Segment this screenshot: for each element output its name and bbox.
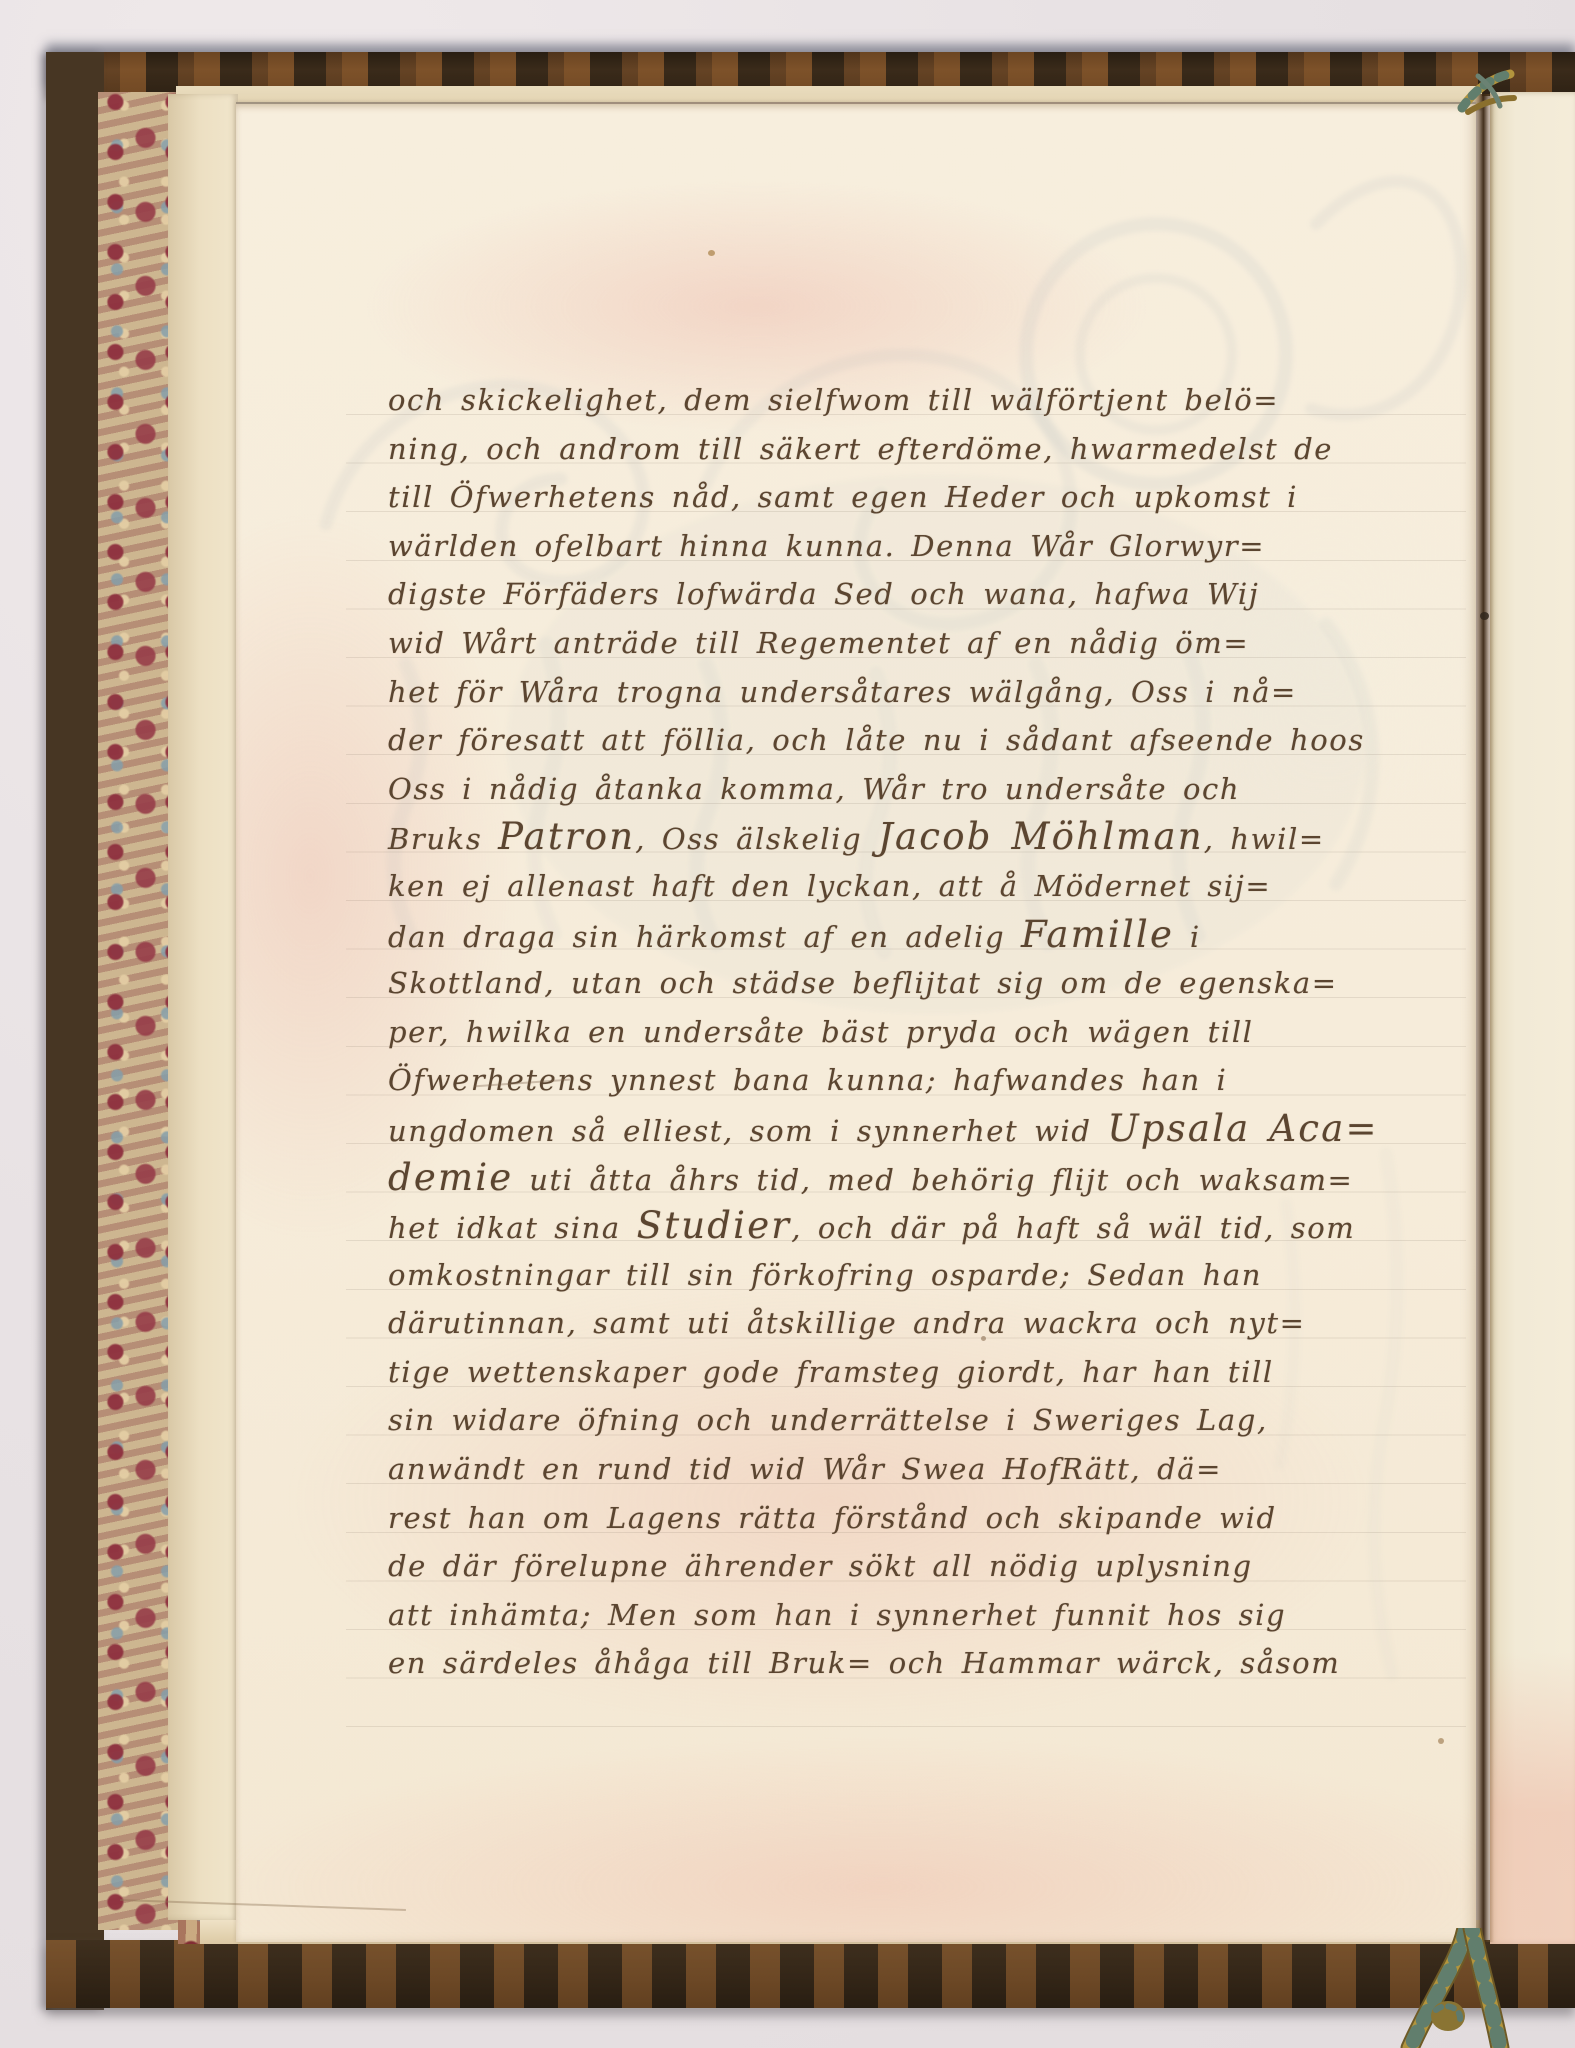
manuscript-line: het för Wåra trogna undersåtares wälgång…: [388, 668, 1378, 717]
manuscript-text-segment: till Öfwerhetens nåd, samt egen Heder oc…: [388, 480, 1298, 514]
manuscript-line: till Öfwerhetens nåd, samt egen Heder oc…: [388, 473, 1378, 522]
manuscript-text-segment: , hwil=: [1204, 822, 1325, 856]
manuscript-text-segment: tige wettenskaper gode framsteg giordt, …: [388, 1355, 1274, 1389]
foxing-spot: [708, 250, 715, 256]
manuscript-line: därutinnan, samt uti åtskillige andra wa…: [388, 1299, 1378, 1348]
manuscript-line: der föresatt att föllia, och låte nu i s…: [388, 716, 1378, 765]
manuscript-text-segment: het för Wåra trogna undersåtares wälgång…: [388, 675, 1297, 709]
manuscript-line: ken ej allenast haft den lyckan, att å M…: [388, 862, 1378, 911]
manuscript-text-segment: och skickelighet, dem sielfwom till wälf…: [388, 383, 1279, 417]
manuscript-text-segment: , och där på haft så wäl tid, som: [791, 1211, 1355, 1245]
manuscript-line: anwändt en rund tid wid Wår Swea HofRätt…: [388, 1445, 1378, 1494]
manuscript-text-segment: Oss i nådig åtanka komma, Wår tro unders…: [388, 772, 1240, 806]
manuscript-emphasized-text: Upsala Aca=: [1107, 1107, 1378, 1150]
manuscript-line: att inhämta; Men som han i synnerhet fun…: [388, 1591, 1378, 1640]
manuscript-emphasized-text: demie: [388, 1156, 513, 1199]
manuscript-text-segment: wid Wårt anträde till Regementet af en n…: [388, 626, 1249, 660]
manuscript-line: Bruks Patron, Oss älskelig Jacob Möhlman…: [388, 813, 1378, 862]
manuscript-text-segment: Skottland, utan och städse beflijtat sig…: [388, 966, 1338, 1000]
manuscript-text-segment: uti åtta åhrs tid, med behörig flijt och…: [513, 1163, 1353, 1197]
manuscript-text-segment: Öfwerhetens ynnest bana kunna; hafwandes…: [388, 1063, 1227, 1097]
manuscript-emphasized-text: Studier: [637, 1204, 792, 1247]
foxing-spot: [981, 1336, 986, 1341]
manuscript-emphasized-text: Famille: [1021, 913, 1174, 956]
manuscript-line: en särdeles åhåga till Bruk= och Hammar …: [388, 1639, 1378, 1688]
manuscript-text-segment: ken ej allenast haft den lyckan, att å M…: [388, 869, 1271, 903]
manuscript-text-segment: sin widare öfning och underrättelse i Sw…: [388, 1403, 1268, 1437]
manuscript-line: och skickelighet, dem sielfwom till wälf…: [388, 376, 1378, 425]
manuscript-line: wid Wårt anträde till Regementet af en n…: [388, 619, 1378, 668]
foxing-spot: [1438, 1738, 1444, 1744]
manuscript-line: per, hwilka en undersåte bäst pryda och …: [388, 1008, 1378, 1057]
manuscript-line: sin widare öfning och underrättelse i Sw…: [388, 1396, 1378, 1445]
manuscript-text-segment: wärlden ofelbart hinna kunna. Denna Wår …: [388, 529, 1265, 563]
manuscript-text: och skickelighet, dem sielfwom till wälf…: [388, 376, 1378, 1716]
manuscript-page: och skickelighet, dem sielfwom till wälf…: [236, 102, 1476, 1942]
manuscript-text-segment: därutinnan, samt uti åtskillige andra wa…: [388, 1306, 1306, 1340]
manuscript-text-segment: der föresatt att föllia, och låte nu i s…: [388, 723, 1365, 757]
manuscript-line: digste Förfäders lofwärda Sed och wana, …: [388, 570, 1378, 619]
manuscript-line: ungdomen så elliest, som i synnerhet wid…: [388, 1105, 1378, 1154]
manuscript-emphasized-text: Patron: [498, 815, 635, 858]
manuscript-text-segment: ungdomen så elliest, som i synnerhet wid: [388, 1114, 1107, 1148]
manuscript-line: wärlden ofelbart hinna kunna. Denna Wår …: [388, 522, 1378, 571]
manuscript-line: ning, och androm till säkert efterdöme, …: [388, 425, 1378, 474]
manuscript-text-segment: Bruks: [388, 822, 498, 856]
next-page-edge: [1490, 92, 1575, 1944]
book-cover-edge-left: [46, 52, 104, 2010]
page-block-edge-left: [168, 94, 238, 1920]
manuscript-text-segment: omkostningar till sin förkofring osparde…: [388, 1258, 1262, 1292]
foxing-spot: [1480, 612, 1489, 620]
manuscript-text-segment: digste Förfäders lofwärda Sed och wana, …: [388, 577, 1259, 611]
manuscript-line: het idkat sina Studier, och där på haft …: [388, 1202, 1378, 1251]
manuscript-text-segment: het idkat sina: [388, 1211, 637, 1245]
manuscript-text-segment: en särdeles åhåga till Bruk= och Hammar …: [388, 1646, 1340, 1680]
manuscript-text-segment: i: [1174, 920, 1201, 954]
manuscript-text-segment: rest han om Lagens rätta förstånd och sk…: [388, 1501, 1277, 1535]
manuscript-line: Skottland, utan och städse beflijtat sig…: [388, 959, 1378, 1008]
manuscript-text-segment: ning, och androm till säkert efterdöme, …: [388, 432, 1333, 466]
manuscript-text-segment: per, hwilka en undersåte bäst pryda och …: [388, 1015, 1253, 1049]
manuscript-line: dan draga sin härkomst af en adelig Fami…: [388, 911, 1378, 960]
bookmark-cord: [1388, 1928, 1575, 2048]
manuscript-line: tige wettenskaper gode framsteg giordt, …: [388, 1348, 1378, 1397]
manuscript-text-segment: att inhämta; Men som han i synnerhet fun…: [388, 1598, 1286, 1632]
next-page-blush: [1490, 1652, 1575, 1944]
book-cover-edge-bottom: [46, 1940, 1575, 2008]
manuscript-line: de där förelupne ährender sökt all nödig…: [388, 1542, 1378, 1591]
marbled-edge-left: [98, 92, 178, 1930]
manuscript-text-segment: anwändt en rund tid wid Wår Swea HofRätt…: [388, 1452, 1222, 1486]
manuscript-line: demie uti åtta åhrs tid, med behörig fli…: [388, 1154, 1378, 1203]
manuscript-text-segment: de där förelupne ährender sökt all nödig…: [388, 1549, 1253, 1583]
manuscript-emphasized-text: Jacob Möhlman: [878, 815, 1204, 858]
manuscript-text-segment: dan draga sin härkomst af en adelig: [388, 920, 1021, 954]
bookmark-cord-tuft: [1448, 58, 1522, 120]
manuscript-text-segment: , Oss älskelig: [635, 822, 878, 856]
scanned-book-photo: och skickelighet, dem sielfwom till wälf…: [0, 0, 1575, 2048]
manuscript-line: Oss i nådig åtanka komma, Wår tro unders…: [388, 765, 1378, 814]
manuscript-line: omkostningar till sin förkofring osparde…: [388, 1251, 1378, 1300]
manuscript-line: rest han om Lagens rätta förstånd och sk…: [388, 1494, 1378, 1543]
